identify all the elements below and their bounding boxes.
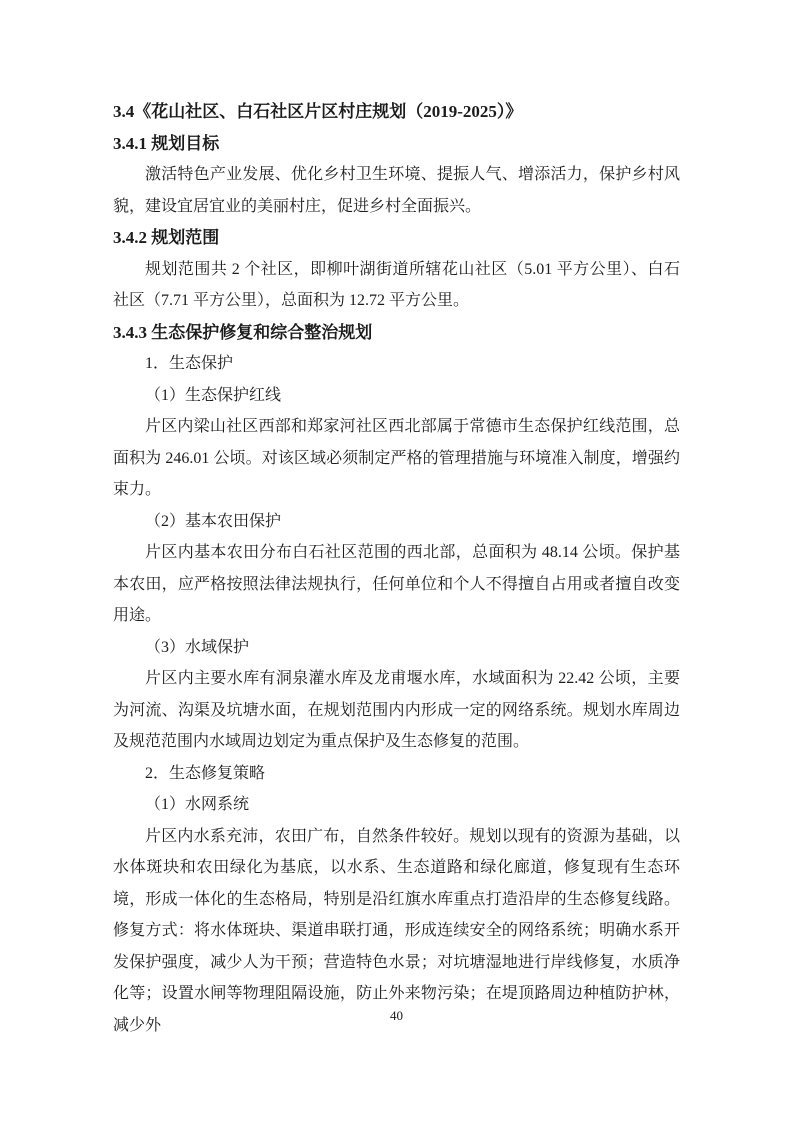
page-number: 40 — [0, 1006, 793, 1026]
paragraph-redline: 片区内梁山社区西部和郑家河社区西北部属于常德市生态保护红线范围，总面积为 246… — [113, 411, 680, 506]
list-item-eco-restoration: 2．生态修复策略 — [113, 758, 680, 790]
paragraph-water-protection: 片区内主要水库有洞泉灌水库及龙甫堰水库，水域面积为 22.42 公顷，主要为河流… — [113, 663, 680, 758]
document-body: 3.4《花山社区、白石社区片区村庄规划（2019-2025）》 3.4.1 规划… — [113, 96, 680, 1041]
list-item-redline: （1）生态保护红线 — [113, 380, 680, 412]
heading-3-4-2: 3.4.2 规划范围 — [113, 222, 680, 254]
document-page: 3.4《花山社区、白石社区片区村庄规划（2019-2025）》 3.4.1 规划… — [0, 0, 793, 1122]
list-item-water-network: （1）水网系统 — [113, 789, 680, 821]
heading-3-4: 3.4《花山社区、白石社区片区村庄规划（2019-2025）》 — [113, 96, 680, 128]
paragraph-farmland: 片区内基本农田分布白石社区范围的西北部，总面积为 48.14 公顷。保护基本农田… — [113, 537, 680, 632]
heading-3-4-3: 3.4.3 生态保护修复和综合整治规划 — [113, 317, 680, 349]
paragraph-planning-goal: 激活特色产业发展、优化乡村卫生环境、提振人气、增添活力，保护乡村风貌，建设宜居宜… — [113, 159, 680, 222]
list-item-water-protection: （3）水域保护 — [113, 632, 680, 664]
list-item-farmland: （2）基本农田保护 — [113, 506, 680, 538]
list-item-eco-protection: 1．生态保护 — [113, 348, 680, 380]
heading-3-4-1: 3.4.1 规划目标 — [113, 128, 680, 160]
paragraph-planning-scope: 规划范围共 2 个社区，即柳叶湖街道所辖花山社区（5.01 平方公里）、白石社区… — [113, 254, 680, 317]
